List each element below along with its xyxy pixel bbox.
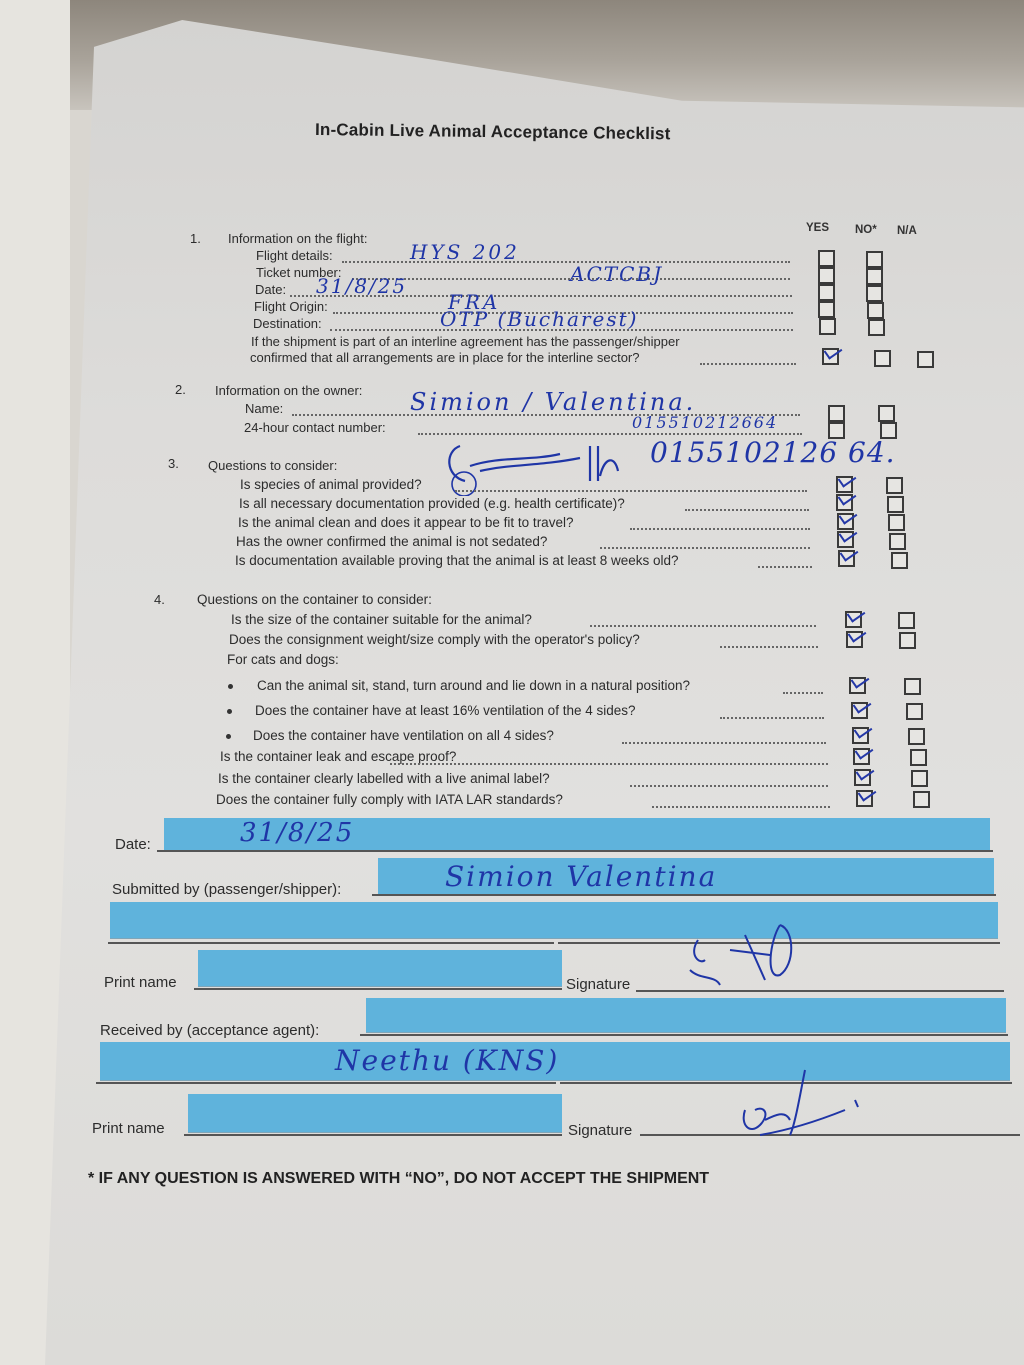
question-8-weeks-old: Is documentation available proving that … <box>235 553 679 568</box>
documentation-no-checkbox[interactable] <box>887 496 904 513</box>
underline <box>372 894 996 896</box>
origin-yes-checkbox[interactable] <box>818 301 835 318</box>
received-by-field[interactable] <box>366 998 1006 1033</box>
dotted-leader <box>652 806 830 808</box>
destination-value[interactable]: OTP (Bucharest) <box>440 307 638 331</box>
question-ventilation-4-sides: Does the container have ventilation on a… <box>253 728 554 743</box>
dotted-leader <box>685 509 809 511</box>
column-header-na: N/A <box>897 225 917 237</box>
passenger-signature[interactable] <box>670 920 820 1000</box>
print-name-label: Print name <box>104 974 177 991</box>
flight-details-no-checkbox[interactable] <box>866 251 883 268</box>
destination-label: Destination: <box>253 316 322 331</box>
owner-name-value[interactable]: Simion / Valentina. <box>410 388 696 416</box>
dotted-leader <box>720 646 818 648</box>
contact-number-value[interactable]: 015510212664 <box>632 413 778 432</box>
underline <box>96 1082 556 1084</box>
ticket-number-yes-checkbox[interactable] <box>818 267 835 284</box>
column-header-yes: YES <box>806 222 829 234</box>
section-4-number: 4. <box>154 592 165 607</box>
contact-number-label: 24-hour contact number: <box>244 420 386 435</box>
owner-name-yes-checkbox[interactable] <box>828 405 845 422</box>
question-species: Is species of animal provided? <box>240 477 422 492</box>
owner-name-label: Name: <box>245 401 283 416</box>
iata-lar-yes-checkbox[interactable] <box>856 790 873 807</box>
dotted-leader <box>700 363 796 365</box>
ventilation-4-yes-checkbox[interactable] <box>852 727 869 744</box>
destination-yes-checkbox[interactable] <box>819 318 836 335</box>
dotted-leader <box>455 490 807 492</box>
fit-to-travel-no-checkbox[interactable] <box>888 514 905 531</box>
not-sedated-no-checkbox[interactable] <box>889 533 906 550</box>
section-1-heading: Information on the flight: <box>228 231 367 246</box>
section-4-heading: Questions on the container to consider: <box>197 592 432 607</box>
interline-no-checkbox[interactable] <box>874 350 891 367</box>
dotted-leader <box>630 785 828 787</box>
cats-dogs-subheading: For cats and dogs: <box>227 652 339 667</box>
flight-origin-label: Flight Origin: <box>254 299 328 314</box>
contact-number-correction: 0155102126 64. <box>650 436 896 469</box>
signoff-date-label: Date: <box>115 836 151 853</box>
signoff-date-value: 31/8/25 <box>240 818 354 848</box>
destination-no-checkbox[interactable] <box>868 319 885 336</box>
dotted-leader <box>783 692 823 694</box>
dotted-leader <box>622 742 826 744</box>
8-weeks-yes-checkbox[interactable] <box>838 550 855 567</box>
natural-position-yes-checkbox[interactable] <box>849 677 866 694</box>
underline <box>194 988 562 990</box>
interline-na-checkbox[interactable] <box>917 351 934 368</box>
question-fit-to-travel: Is the animal clean and does it appear t… <box>238 515 573 530</box>
ventilation-16-no-checkbox[interactable] <box>906 703 923 720</box>
column-header-no: NO* <box>855 224 877 236</box>
question-container-size: Is the size of the container suitable fo… <box>231 612 532 627</box>
submitted-by-label: Submitted by (passenger/shipper): <box>112 881 341 898</box>
flight-details-value[interactable]: HYS 202 <box>410 240 520 264</box>
container-size-no-checkbox[interactable] <box>898 612 915 629</box>
signature-label-2: Signature <box>568 1122 632 1139</box>
dotted-leader <box>720 717 824 719</box>
section-2-heading: Information on the owner: <box>215 383 362 398</box>
dotted-leader <box>600 547 810 549</box>
underline <box>108 942 554 944</box>
dotted-leader <box>418 433 802 435</box>
received-by-value: Neethu (KNS) <box>335 1044 559 1077</box>
signature-label: Signature <box>566 976 630 993</box>
print-name-field[interactable] <box>198 950 562 987</box>
ticket-number-no-checkbox[interactable] <box>866 268 883 285</box>
flight-details-label: Flight details: <box>256 248 333 263</box>
date-label: Date: <box>255 282 286 297</box>
print-name-label-2: Print name <box>92 1120 165 1137</box>
date-yes-checkbox[interactable] <box>818 284 835 301</box>
leak-proof-yes-checkbox[interactable] <box>853 748 870 765</box>
bullet <box>227 709 232 714</box>
print-name-field-2[interactable] <box>188 1094 562 1133</box>
submitted-by-extra-field[interactable] <box>110 902 998 939</box>
question-documentation: Is all necessary documentation provided … <box>239 496 625 511</box>
natural-position-no-checkbox[interactable] <box>904 678 921 695</box>
question-weight-policy: Does the consignment weight/size comply … <box>229 632 640 647</box>
question-natural-position: Can the animal sit, stand, turn around a… <box>257 678 690 693</box>
8-weeks-no-checkbox[interactable] <box>891 552 908 569</box>
iata-lar-no-checkbox[interactable] <box>913 791 930 808</box>
date-no-checkbox[interactable] <box>866 285 883 302</box>
underline <box>184 1134 562 1136</box>
dotted-leader <box>590 625 816 627</box>
ticket-number-value[interactable]: ACTCBJ <box>570 262 663 286</box>
underline <box>157 850 993 852</box>
species-no-checkbox[interactable] <box>886 477 903 494</box>
weight-policy-no-checkbox[interactable] <box>899 632 916 649</box>
question-live-animal-label: Is the container clearly labelled with a… <box>218 771 550 786</box>
section-3-number: 3. <box>168 456 179 471</box>
received-by-label: Received by (acceptance agent): <box>100 1022 319 1039</box>
submitted-by-value: Simion Valentina <box>445 860 717 893</box>
section-1-number: 1. <box>190 231 201 246</box>
ventilation-4-no-checkbox[interactable] <box>908 728 925 745</box>
flight-details-yes-checkbox[interactable] <box>818 250 835 267</box>
question-not-sedated: Has the owner confirmed the animal is no… <box>236 534 547 549</box>
underline <box>360 1034 1008 1036</box>
agent-signature[interactable] <box>730 1065 870 1145</box>
question-leak-proof: Is the container leak and escape proof? <box>220 749 456 764</box>
scribbled-out-text <box>440 436 630 496</box>
weight-policy-yes-checkbox[interactable] <box>846 631 863 648</box>
dotted-leader <box>390 763 828 765</box>
section-3-heading: Questions to consider: <box>208 458 337 473</box>
dotted-leader <box>758 566 812 568</box>
question-iata-lar: Does the container fully comply with IAT… <box>216 792 563 807</box>
live-animal-label-yes-checkbox[interactable] <box>854 769 871 786</box>
dotted-leader <box>630 528 810 530</box>
interline-question-line2: confirmed that all arrangements are in p… <box>250 350 639 365</box>
interline-yes-checkbox[interactable] <box>822 348 839 365</box>
bullet <box>226 734 231 739</box>
section-2-number: 2. <box>175 382 186 397</box>
bullet <box>228 684 233 689</box>
ventilation-16-yes-checkbox[interactable] <box>851 702 868 719</box>
leak-proof-no-checkbox[interactable] <box>910 749 927 766</box>
interline-question-line1: If the shipment is part of an interline … <box>251 334 680 349</box>
live-animal-label-no-checkbox[interactable] <box>911 770 928 787</box>
flight-date-value[interactable]: 31/8/25 <box>316 274 407 298</box>
footer-warning: * IF ANY QUESTION IS ANSWERED WITH “NO”,… <box>88 1170 709 1188</box>
owner-name-no-checkbox[interactable] <box>878 405 895 422</box>
question-16-percent-ventilation: Does the container have at least 16% ven… <box>255 703 636 718</box>
origin-no-checkbox[interactable] <box>867 302 884 319</box>
